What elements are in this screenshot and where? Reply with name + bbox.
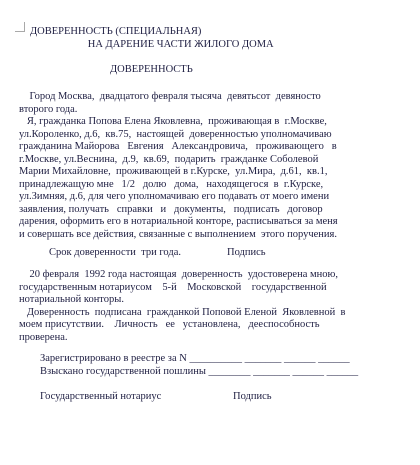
notary-certification-paragraphs: 20 февраля 1992 года настоящая доверенно… (19, 269, 345, 345)
term-signature-label: Подпись (227, 247, 266, 260)
document-title: ДОВЕРЕННОСТЬ (СПЕЦИАЛЬНАЯ) НА ДАРЕНИЕ ЧА… (30, 26, 274, 51)
registry-fill-in-lines: Зарегистрировано в реестре за N ________… (40, 353, 358, 378)
document-heading: ДОВЕРЕННОСТЬ (110, 64, 193, 77)
document-page: ДОВЕРЕННОСТЬ (СПЕЦИАЛЬНАЯ) НА ДАРЕНИЕ ЧА… (0, 0, 420, 465)
intro-paragraphs: Город Москва, двадцатого февраля тысяча … (19, 91, 338, 241)
term-of-attorney-text: Срок доверенности три года. (49, 247, 181, 260)
notary-signature-label: Подпись (233, 391, 272, 404)
margin-corner-mark (15, 22, 25, 32)
state-notary-label: Государственный нотариус (40, 391, 161, 404)
